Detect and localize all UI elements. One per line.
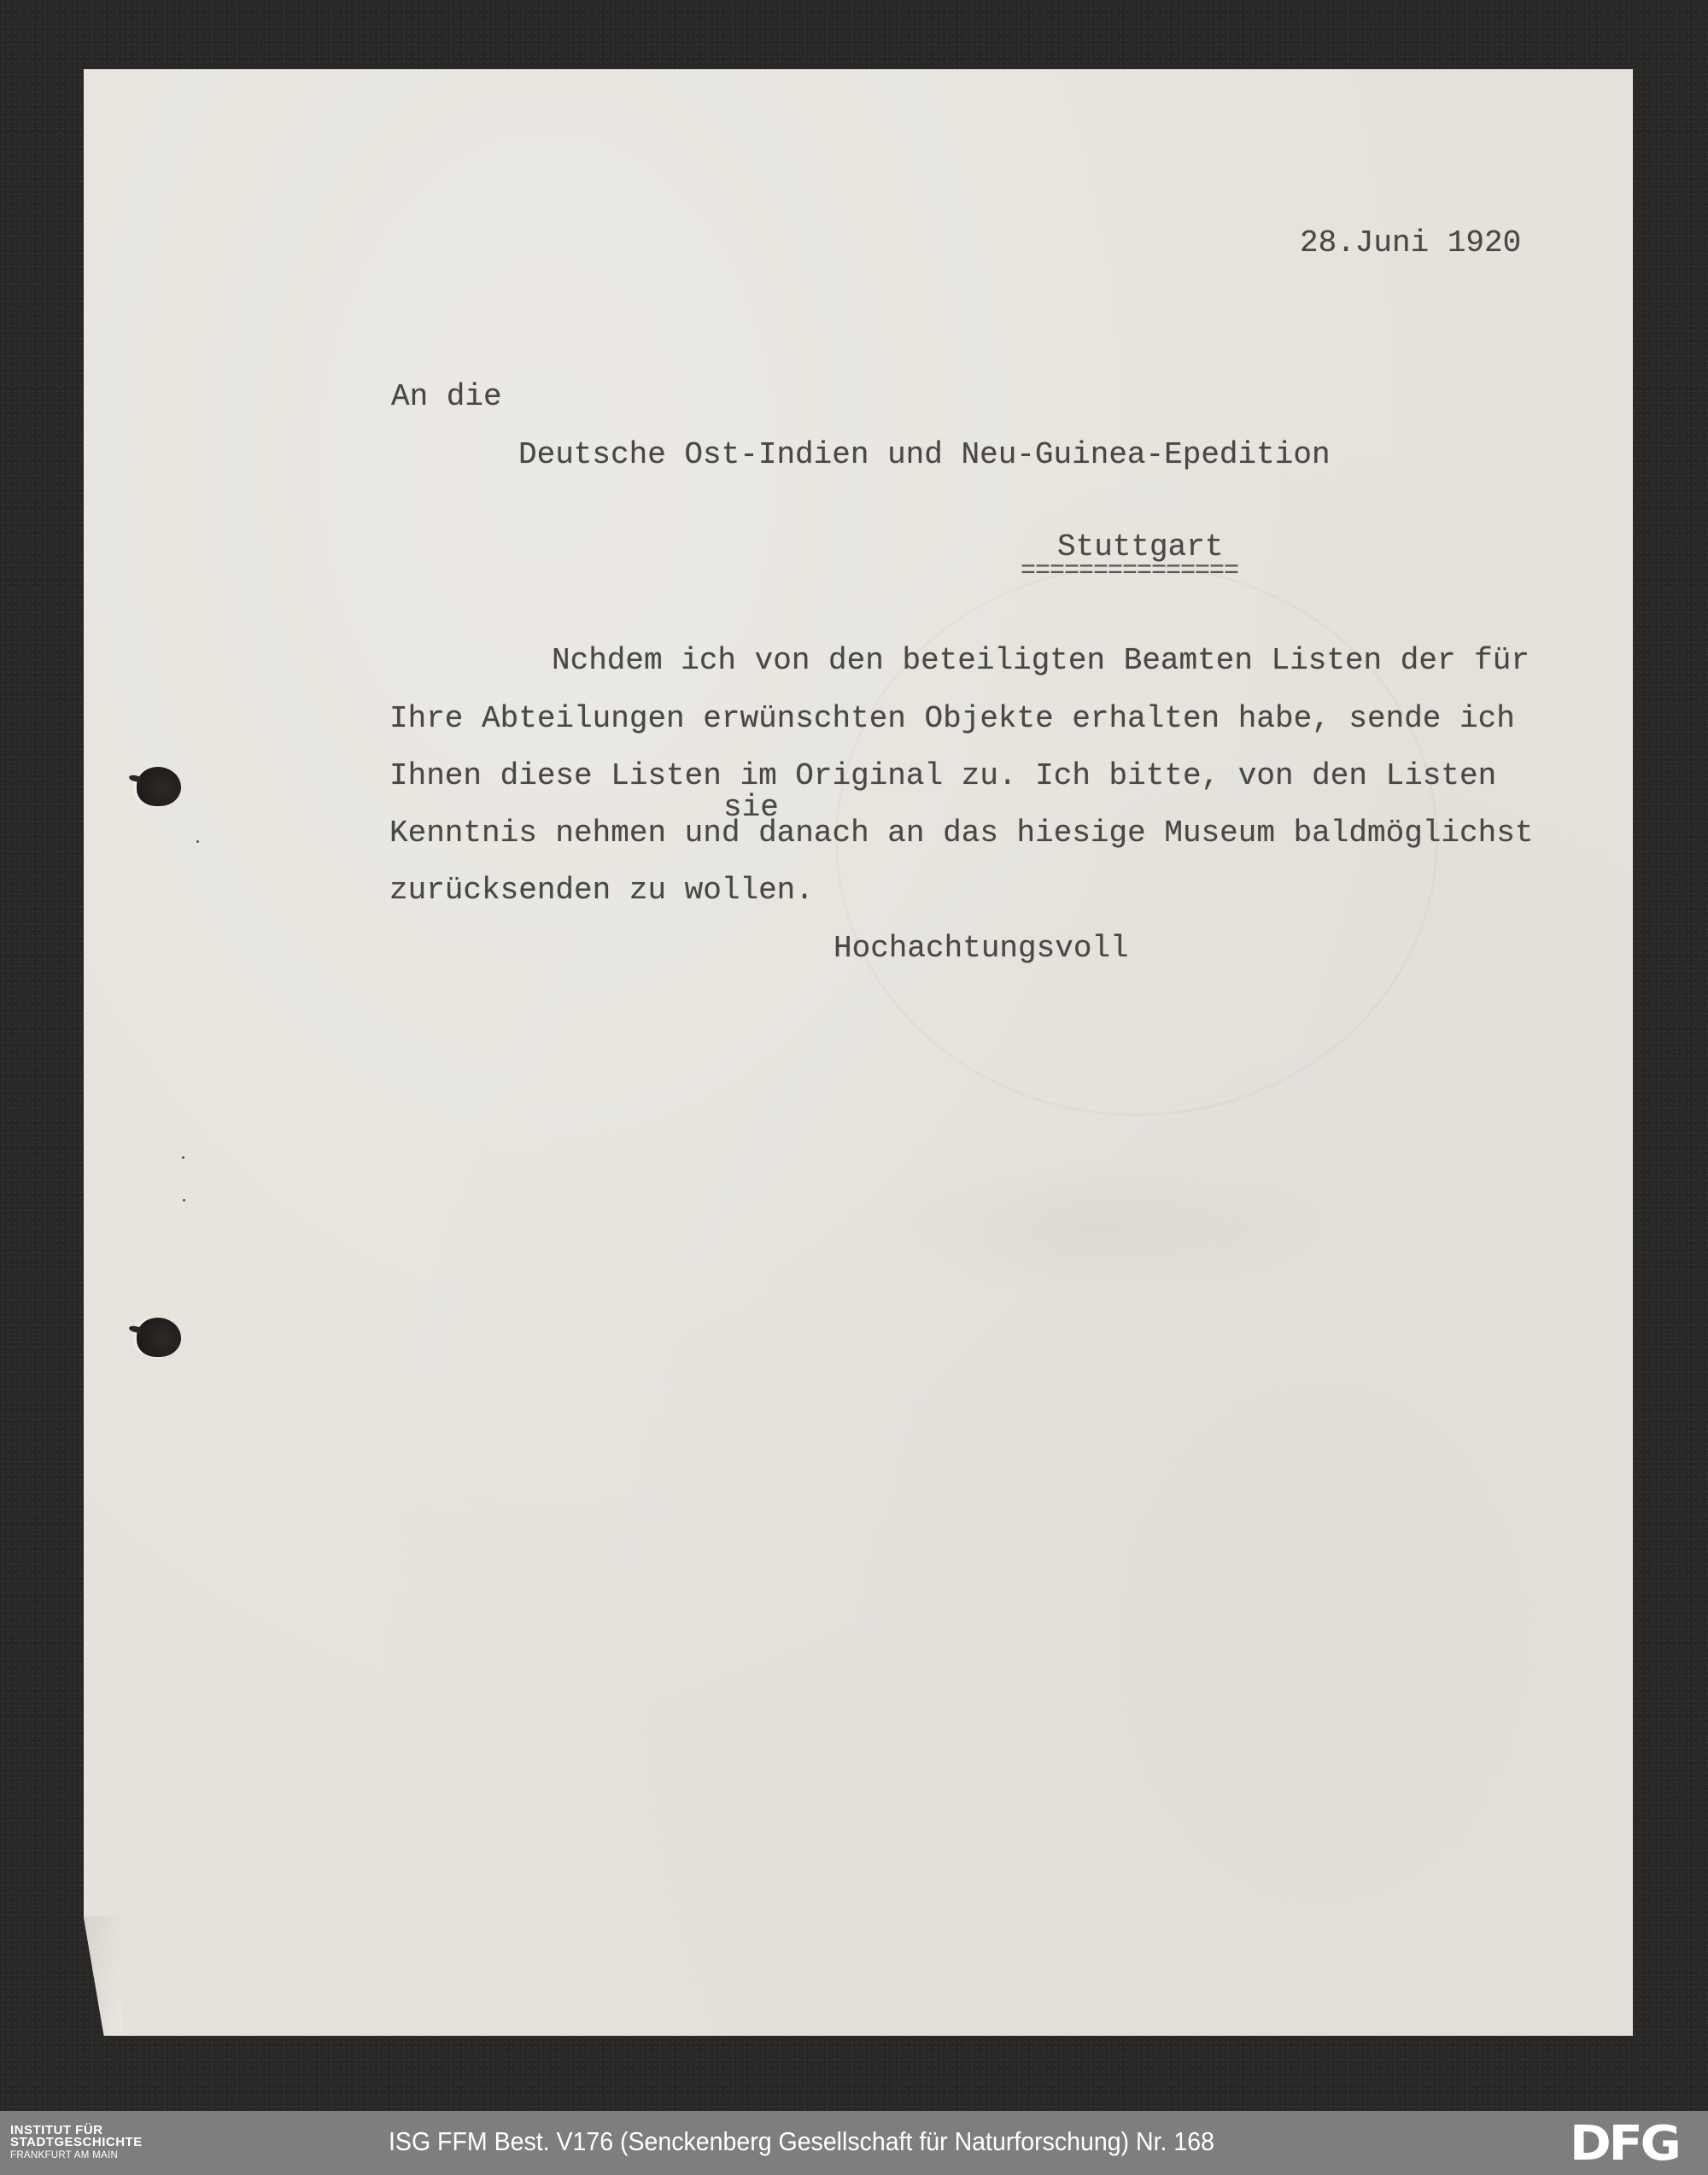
scan-background: 28.Juni 1920 An die Deutsche Ost-Indien …: [0, 0, 1708, 2111]
body-line-4: Kenntnis nehmen und danach an das hiesig…: [389, 816, 1533, 851]
body-line-5: zurücksenden zu wollen.: [389, 874, 814, 908]
recipient-name: Deutsche Ost-Indien und Neu-Guinea-Epedi…: [518, 438, 1331, 472]
folded-corner: [84, 1916, 122, 2036]
dfg-logo: DFG: [1570, 2122, 1679, 2166]
archive-footer-bar: INSTITUT FÜR STADTGESCHICHTE FRANKFURT A…: [0, 2111, 1708, 2175]
archive-reference-caption: ISG FFM Best. V176 (Senckenberg Gesellsc…: [389, 2125, 1214, 2159]
address-prefix: An die: [391, 380, 502, 414]
paper-speck: [196, 840, 199, 843]
punch-hole-lower: [137, 1318, 181, 1357]
letter-date: 28.Juni 1920: [1300, 226, 1521, 260]
institution-logo: INSTITUT FÜR STADTGESCHICHTE FRANKFURT A…: [10, 2125, 143, 2161]
paper-speck: [183, 1199, 185, 1202]
faint-signature-impression: [852, 1154, 1348, 1299]
letter-page: 28.Juni 1920 An die Deutsche Ost-Indien …: [84, 69, 1633, 2036]
body-line-1: Nchdem ich von den beteiligten Beamten L…: [552, 644, 1530, 678]
body-line-3: Ihnen diese Listen im Original zu. Ich b…: [389, 759, 1496, 793]
body-line-2: Ihre Abteilungen erwünschten Objekte erh…: [389, 702, 1515, 736]
city-underline: ===============: [1021, 554, 1238, 588]
punch-hole-upper: [137, 767, 181, 806]
letter-closing: Hochachtungsvoll: [834, 932, 1129, 966]
paper-speck: [182, 1156, 184, 1159]
institution-location: FRANKFURT AM MAIN: [10, 2149, 143, 2161]
institution-name-line-2: STADTGESCHICHTE: [10, 2137, 143, 2149]
